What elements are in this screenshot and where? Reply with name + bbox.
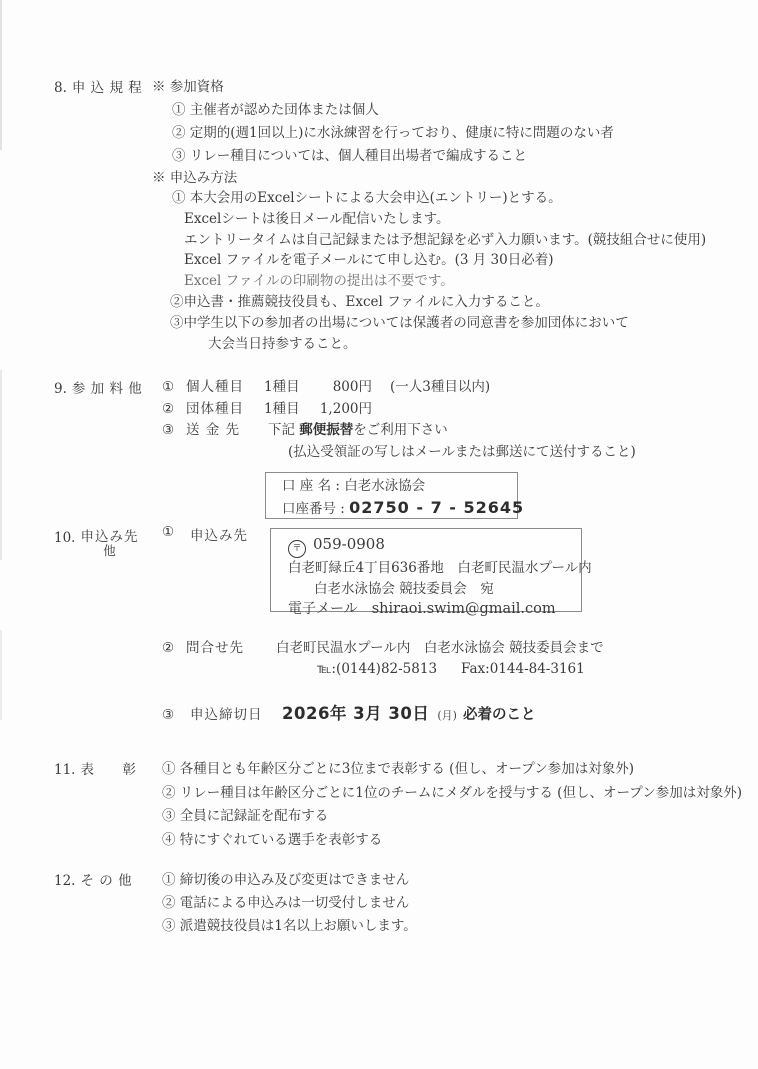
list-item: ③ 派遣競技役員は1名以上お願いします。 <box>152 915 744 938</box>
list-item: ③ リレー種目については、個人種目出場者で編成すること <box>152 145 744 168</box>
section-number: 10. <box>54 530 75 546</box>
inquiry-text: 白老町民温水プール内 白老水泳協会 競技委員会まで <box>276 638 604 659</box>
document-page: 8.申 込 規 程 ※ 参加資格 ① 主催者が認めた団体または個人 ② 定期的(… <box>0 0 758 1069</box>
section-content: ① 締切後の申込み及び変更はできません ② 電話による申込みは一切受付しません … <box>152 869 744 938</box>
fee-label: 団体種目 <box>186 399 264 421</box>
list-item: ③中学生以下の参加者の出場については保護者の同意書を参加団体において <box>152 313 744 334</box>
list-item: ② リレー種目は年齢区分ごとに1位のチームにメダルを授与する (但し、オープン参… <box>152 782 744 806</box>
fee-row-team: ② 団体種目 1種目 1,200円 <box>152 399 744 421</box>
postal-code: 059-0908 <box>313 535 385 553</box>
section-title: 表 彰 <box>80 762 136 778</box>
section-label: 12.そ の 他 <box>54 869 152 938</box>
account-number-label: 口座番号 : <box>282 501 349 517</box>
list-item: ① 締切後の申込み及び変更はできません <box>152 869 744 892</box>
fee-label: 個人種目 <box>186 377 264 399</box>
list-item: ① 各種目とも年齢区分ごとに3位まで表彰する (但し、オープン参加は対象外) <box>152 758 744 782</box>
section-label: 8.申 込 規 程 <box>54 76 152 355</box>
section-awards: 11.表 彰 ① 各種目とも年齢区分ごとに3位まで表彰する (但し、オープン参加… <box>54 758 744 852</box>
section-title: 参 加 料 他 <box>72 381 142 397</box>
list-item: ② 定期的(週1回以上)に水泳練習を行っており、健康に特に問題のない者 <box>152 122 744 145</box>
account-number-value: 02750 - 7 - 52645 <box>349 498 524 517</box>
item-number: ③ <box>152 704 186 726</box>
section-content: ① 各種目とも年齢区分ごとに3位まで表彰する (但し、オープン参加は対象外) ②… <box>152 758 744 852</box>
deadline-date: 2026年 3月 30日 <box>282 703 429 725</box>
remittance-post: をご利用下さい <box>353 422 448 438</box>
fee-label: 送 金 先 <box>186 420 264 442</box>
tel-number: ℡:(0144)82-5813 <box>317 661 437 677</box>
section-content: ① 個人種目 1種目 800円 (一人3種目以内) ② 団体種目 1種目 1,2… <box>152 377 744 519</box>
inquiry-row: ② 問合せ先 白老町民温水プール内 白老水泳協会 競技委員会まで <box>152 638 744 659</box>
address-line: 白老町緑丘4丁目636番地 白老町民温水プール内 <box>288 558 581 579</box>
email-address: shiraoi.swim@gmail.com <box>372 601 556 617</box>
account-box: 口 座 名 : 白老水泳協会 口座番号 : 02750 - 7 - 52645 <box>265 472 518 519</box>
list-item: ① 本大会用のExcelシートによる大会申込(エントリー)とする。 <box>152 188 744 209</box>
note-line: Excel ファイルを電子メールにて申し込む。(3 月 30日必着) <box>152 250 744 271</box>
section-number: 9. <box>54 381 67 397</box>
email-label: 電子メール <box>288 601 358 617</box>
item-label: 申込み先 <box>190 524 270 612</box>
section-fees: 9.参 加 料 他 ① 個人種目 1種目 800円 (一人3種目以内) ② 団体… <box>54 377 744 519</box>
fee-row-individual: ① 個人種目 1種目 800円 (一人3種目以内) <box>152 377 744 399</box>
section-other: 12.そ の 他 ① 締切後の申込み及び変更はできません ② 電話による申込みは… <box>54 869 744 938</box>
list-item: ②申込書・推薦競技役員も、Excel ファイルに入力すること。 <box>152 292 744 313</box>
fee-unit: 1種目 <box>264 377 314 399</box>
receipt-note: (払込受領証の写しはメールまたは郵送にて送付すること) <box>152 442 744 464</box>
fee-note: (一人3種目以内) <box>390 377 490 399</box>
list-item: ③ 全員に記録証を配布する <box>152 805 744 829</box>
account-name-label: 口 座 名 : <box>282 478 344 494</box>
postal-mark-icon: 〒 <box>288 540 306 558</box>
section-application-address: 10.申込み先他 ① 申込み先 〒059-0908 白老町緑丘4丁目636番地 … <box>54 524 744 727</box>
scan-edge-artifact <box>0 370 2 560</box>
section-title: そ の 他 <box>80 873 132 889</box>
section-label: 11.表 彰 <box>54 758 152 852</box>
qualification-header: ※ 参加資格 <box>152 76 744 99</box>
deadline-suffix: 必着のこと <box>463 704 536 726</box>
remittance-pre: 下記 <box>268 422 299 438</box>
item-number: ③ <box>152 420 186 442</box>
list-item: ② 電話による申込みは一切受付しません <box>152 892 744 915</box>
item-number: ② <box>152 638 186 659</box>
account-name-line: 口 座 名 : 白老水泳協会 <box>282 476 517 497</box>
scan-edge-artifact <box>0 630 2 720</box>
remittance-text: 下記 郵便振替をご利用下さい <box>268 420 448 442</box>
note-line: Excel ファイルの印刷物の提出は不要です。 <box>152 271 744 292</box>
section-title-line1: 申込み先 <box>80 530 138 544</box>
deadline-weekday: (月) <box>437 705 457 727</box>
fax-number: Fax:0144-84-3161 <box>461 661 585 677</box>
list-item: ④ 特にすぐれている選手を表彰する <box>152 829 744 853</box>
fee-row-remittance: ③ 送 金 先 下記 郵便振替をご利用下さい <box>152 420 744 442</box>
application-address-row: ① 申込み先 〒059-0908 白老町緑丘4丁目636番地 白老町民温水プール… <box>152 524 744 612</box>
account-number-line: 口座番号 : 02750 - 7 - 52645 <box>282 497 517 520</box>
item-number: ① <box>152 377 186 399</box>
note-line: エントリータイムは自己記録または予想記録を必ず入力願います。(競技組合せに使用) <box>152 230 744 251</box>
section-number: 8. <box>54 80 67 96</box>
item-label: 問合せ先 <box>186 638 264 659</box>
section-label: 9.参 加 料 他 <box>54 377 152 519</box>
section-title: 申 込 規 程 <box>72 80 142 96</box>
address-box: 〒059-0908 白老町緑丘4丁目636番地 白老町民温水プール内 白老水泳協… <box>270 528 582 612</box>
fee-price: 800円 <box>314 377 372 399</box>
scan-edge-artifact <box>0 0 2 150</box>
tel-fax-line: ℡:(0144)82-5813Fax:0144-84-3161 <box>152 659 744 679</box>
section-label: 10.申込み先他 <box>54 530 152 727</box>
section-entry-rules: 8.申 込 規 程 ※ 参加資格 ① 主催者が認めた団体または個人 ② 定期的(… <box>54 76 744 355</box>
address-line: 白老水泳協会 競技委員会 宛 <box>288 579 581 600</box>
section-title: 申込み先他 <box>80 530 138 558</box>
account-name-value: 白老水泳協会 <box>344 478 425 494</box>
fee-price: 1,200円 <box>314 399 372 421</box>
section-content: ※ 参加資格 ① 主催者が認めた団体または個人 ② 定期的(週1回以上)に水泳練… <box>152 76 744 355</box>
postal-transfer-bold: 郵便振替 <box>299 422 353 438</box>
deadline-row: ③ 申込締切日 2026年 3月 30日 (月) 必着のこと <box>152 703 744 727</box>
item-number: ① <box>152 524 186 612</box>
section-number: 12. <box>54 873 75 889</box>
deadline-label: 申込締切日 <box>190 704 282 726</box>
section-number: 11. <box>54 762 75 778</box>
postal-code-line: 〒059-0908 <box>288 534 581 558</box>
application-method-header: ※ 申込み方法 <box>152 168 744 188</box>
fee-unit: 1種目 <box>264 399 314 421</box>
email-line: 電子メールshiraoi.swim@gmail.com <box>288 599 581 620</box>
section-title-line2: 他 <box>80 544 138 558</box>
list-item: ① 主催者が認めた団体または個人 <box>152 99 744 122</box>
note-line: Excelシートは後日メール配信いたします。 <box>152 209 744 230</box>
item-number: ② <box>152 399 186 421</box>
section-content: ① 申込み先 〒059-0908 白老町緑丘4丁目636番地 白老町民温水プール… <box>152 524 744 727</box>
list-item-continuation: 大会当日持参すること。 <box>152 334 744 356</box>
